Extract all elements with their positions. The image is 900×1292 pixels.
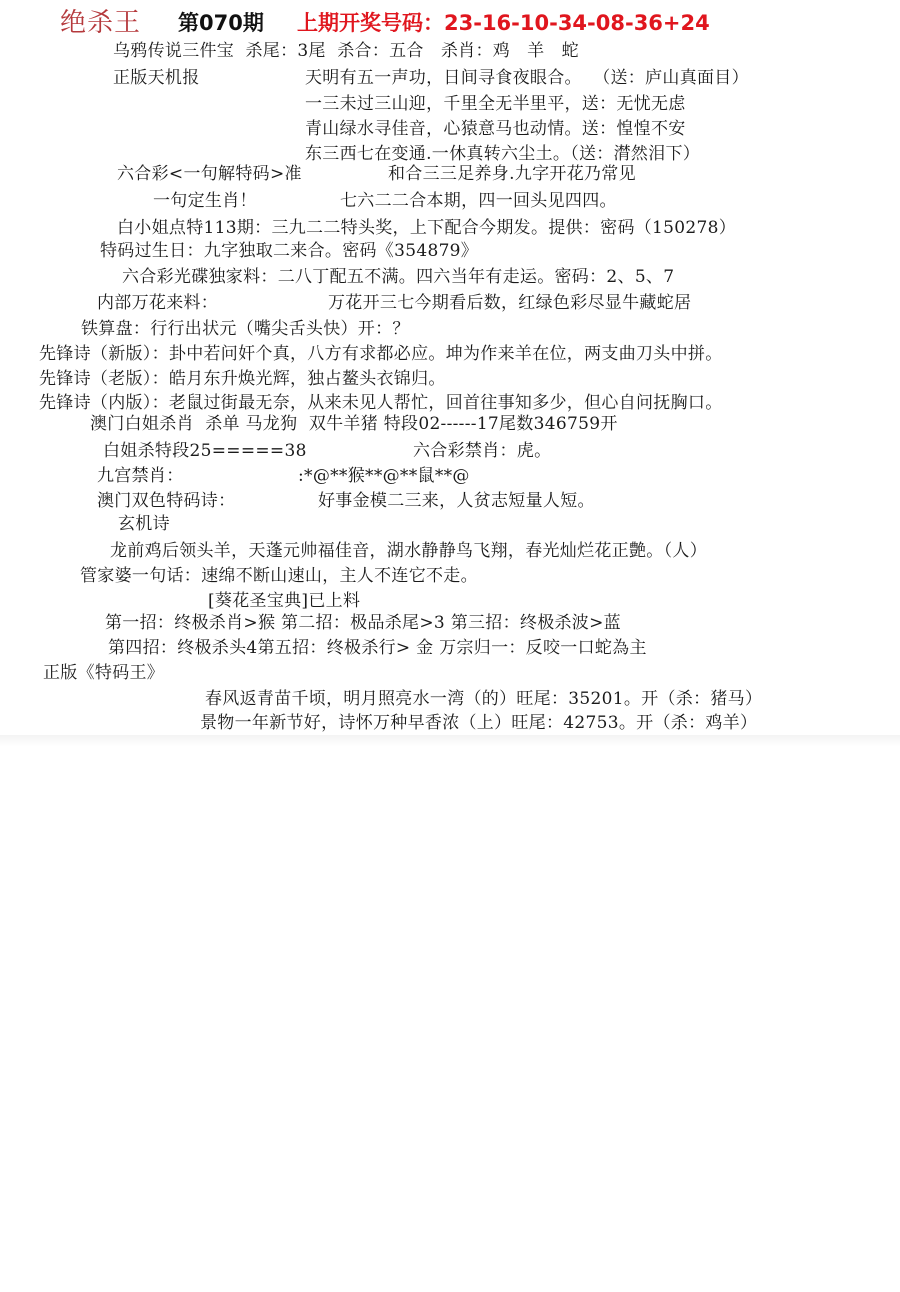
brand-title: 绝杀王 <box>60 2 141 39</box>
text-line: 东三西七在变通.一休真转六尘土。（送：潸然泪下） <box>305 143 700 165</box>
text-line: 景物一年新节好，诗怀万种早香浓（上）旺尾：42753。开（杀：鸡羊） <box>200 712 757 734</box>
text-line: 白姐杀特段25=====38 <box>103 440 307 462</box>
text-line: 玄机诗 <box>118 513 170 535</box>
text-line: 乌鸦传说三件宝 杀尾：3尾 杀合：五合 杀肖：鸡 羊 蛇 <box>113 40 579 62</box>
text-line: 一句定生肖！ <box>153 190 257 212</box>
text-line: 一三未过三山迎，千里全无半里平，送：无忧无虑 <box>305 93 686 115</box>
text-line: 万花开三七今期看后数，红绿色彩尽显牛藏蛇居 <box>328 292 691 314</box>
text-line: 管家婆一句话：速绵不断山速山，主人不连它不走。 <box>80 565 478 587</box>
page-fold-divider <box>0 735 900 747</box>
issue-number: 第070期 <box>178 7 264 37</box>
text-line: 六合彩禁肖：虎。 <box>413 440 551 462</box>
text-line: 澳门双色特码诗： <box>97 490 235 512</box>
text-line: 七六二二合本期，四一回头见四四。 <box>340 190 617 212</box>
text-line: 先锋诗（新版）：卦中若问奸个真，八方有求都必应。坤为作来羊在位，两支曲刀头中拼。 <box>39 343 723 365</box>
text-line: 和合三三足养身.九字开花乃常见 <box>388 163 636 185</box>
text-line: 正版天机报 <box>113 67 200 89</box>
text-line: 好事金模二三来，人贫志短量人短。 <box>318 490 595 512</box>
text-line: 内部万花来料： <box>97 292 218 314</box>
text-line: 正版《特码王》 <box>43 662 164 684</box>
text-line: 龙前鸡后领头羊，天蓬元帅福佳音，湖水静静鸟飞翔，春光灿烂花正艶。（人） <box>110 540 707 562</box>
text-line: 第一招：终极杀肖>猴 第二招：极品杀尾>3 第三招：终极杀波>蓝 <box>105 612 621 634</box>
last-draw-label: 上期开奖号码： <box>297 11 444 35</box>
text-line: :*@**猴**@**鼠**@ <box>298 465 470 487</box>
text-line: 青山绿水寻佳音，心猿意马也动情。送：惶惶不安 <box>305 118 686 140</box>
text-line: 先锋诗（老版）：皓月东升焕光辉，独占鳌头衣锦归。 <box>39 368 446 390</box>
text-line: 六合彩光碟独家料：二八丁配五不满。四六当年有走运。密码：2、5、7 <box>122 266 674 288</box>
last-draw-numbers: 23-16-10-34-08-36+24 <box>444 11 710 35</box>
text-line: 天明有五一声功，日间寻食夜眼合。 （送：庐山真面目） <box>305 67 749 89</box>
text-line: 先锋诗（内版）：老鼠过街最无奈，从来未见人帮忙，回首往事知多少，但心自问抚胸口。 <box>39 392 723 414</box>
text-line: 第四招：终极杀头4第五招：终极杀行> 金 万宗归一：反咬一口蛇為主 <box>108 637 647 659</box>
text-line: 白小姐点特113期：三九二二特头奖，上下配合今期发。提供：密码（150278） <box>117 217 736 239</box>
text-line: 铁算盘：行行出状元（嘴尖舌头快）开：？ <box>81 318 410 340</box>
text-line: 九宫禁肖： <box>97 465 184 487</box>
text-line: 特码过生日：九字独取二来合。密码《354879》 <box>100 240 478 262</box>
text-line: 澳门白姐杀肖 杀单 马龙狗 双牛羊猪 特段02------17尾数346759开 <box>90 413 618 435</box>
text-line: [葵花圣宝典]已上料 <box>208 590 360 612</box>
text-line: 春风返青苗千顷，明月照亮水一湾（的）旺尾：35201。开（杀：猪马） <box>205 688 762 710</box>
last-draw-results: 上期开奖号码：23-16-10-34-08-36+24 <box>297 7 710 37</box>
text-line: 六合彩<一句解特码>准 <box>117 163 302 185</box>
